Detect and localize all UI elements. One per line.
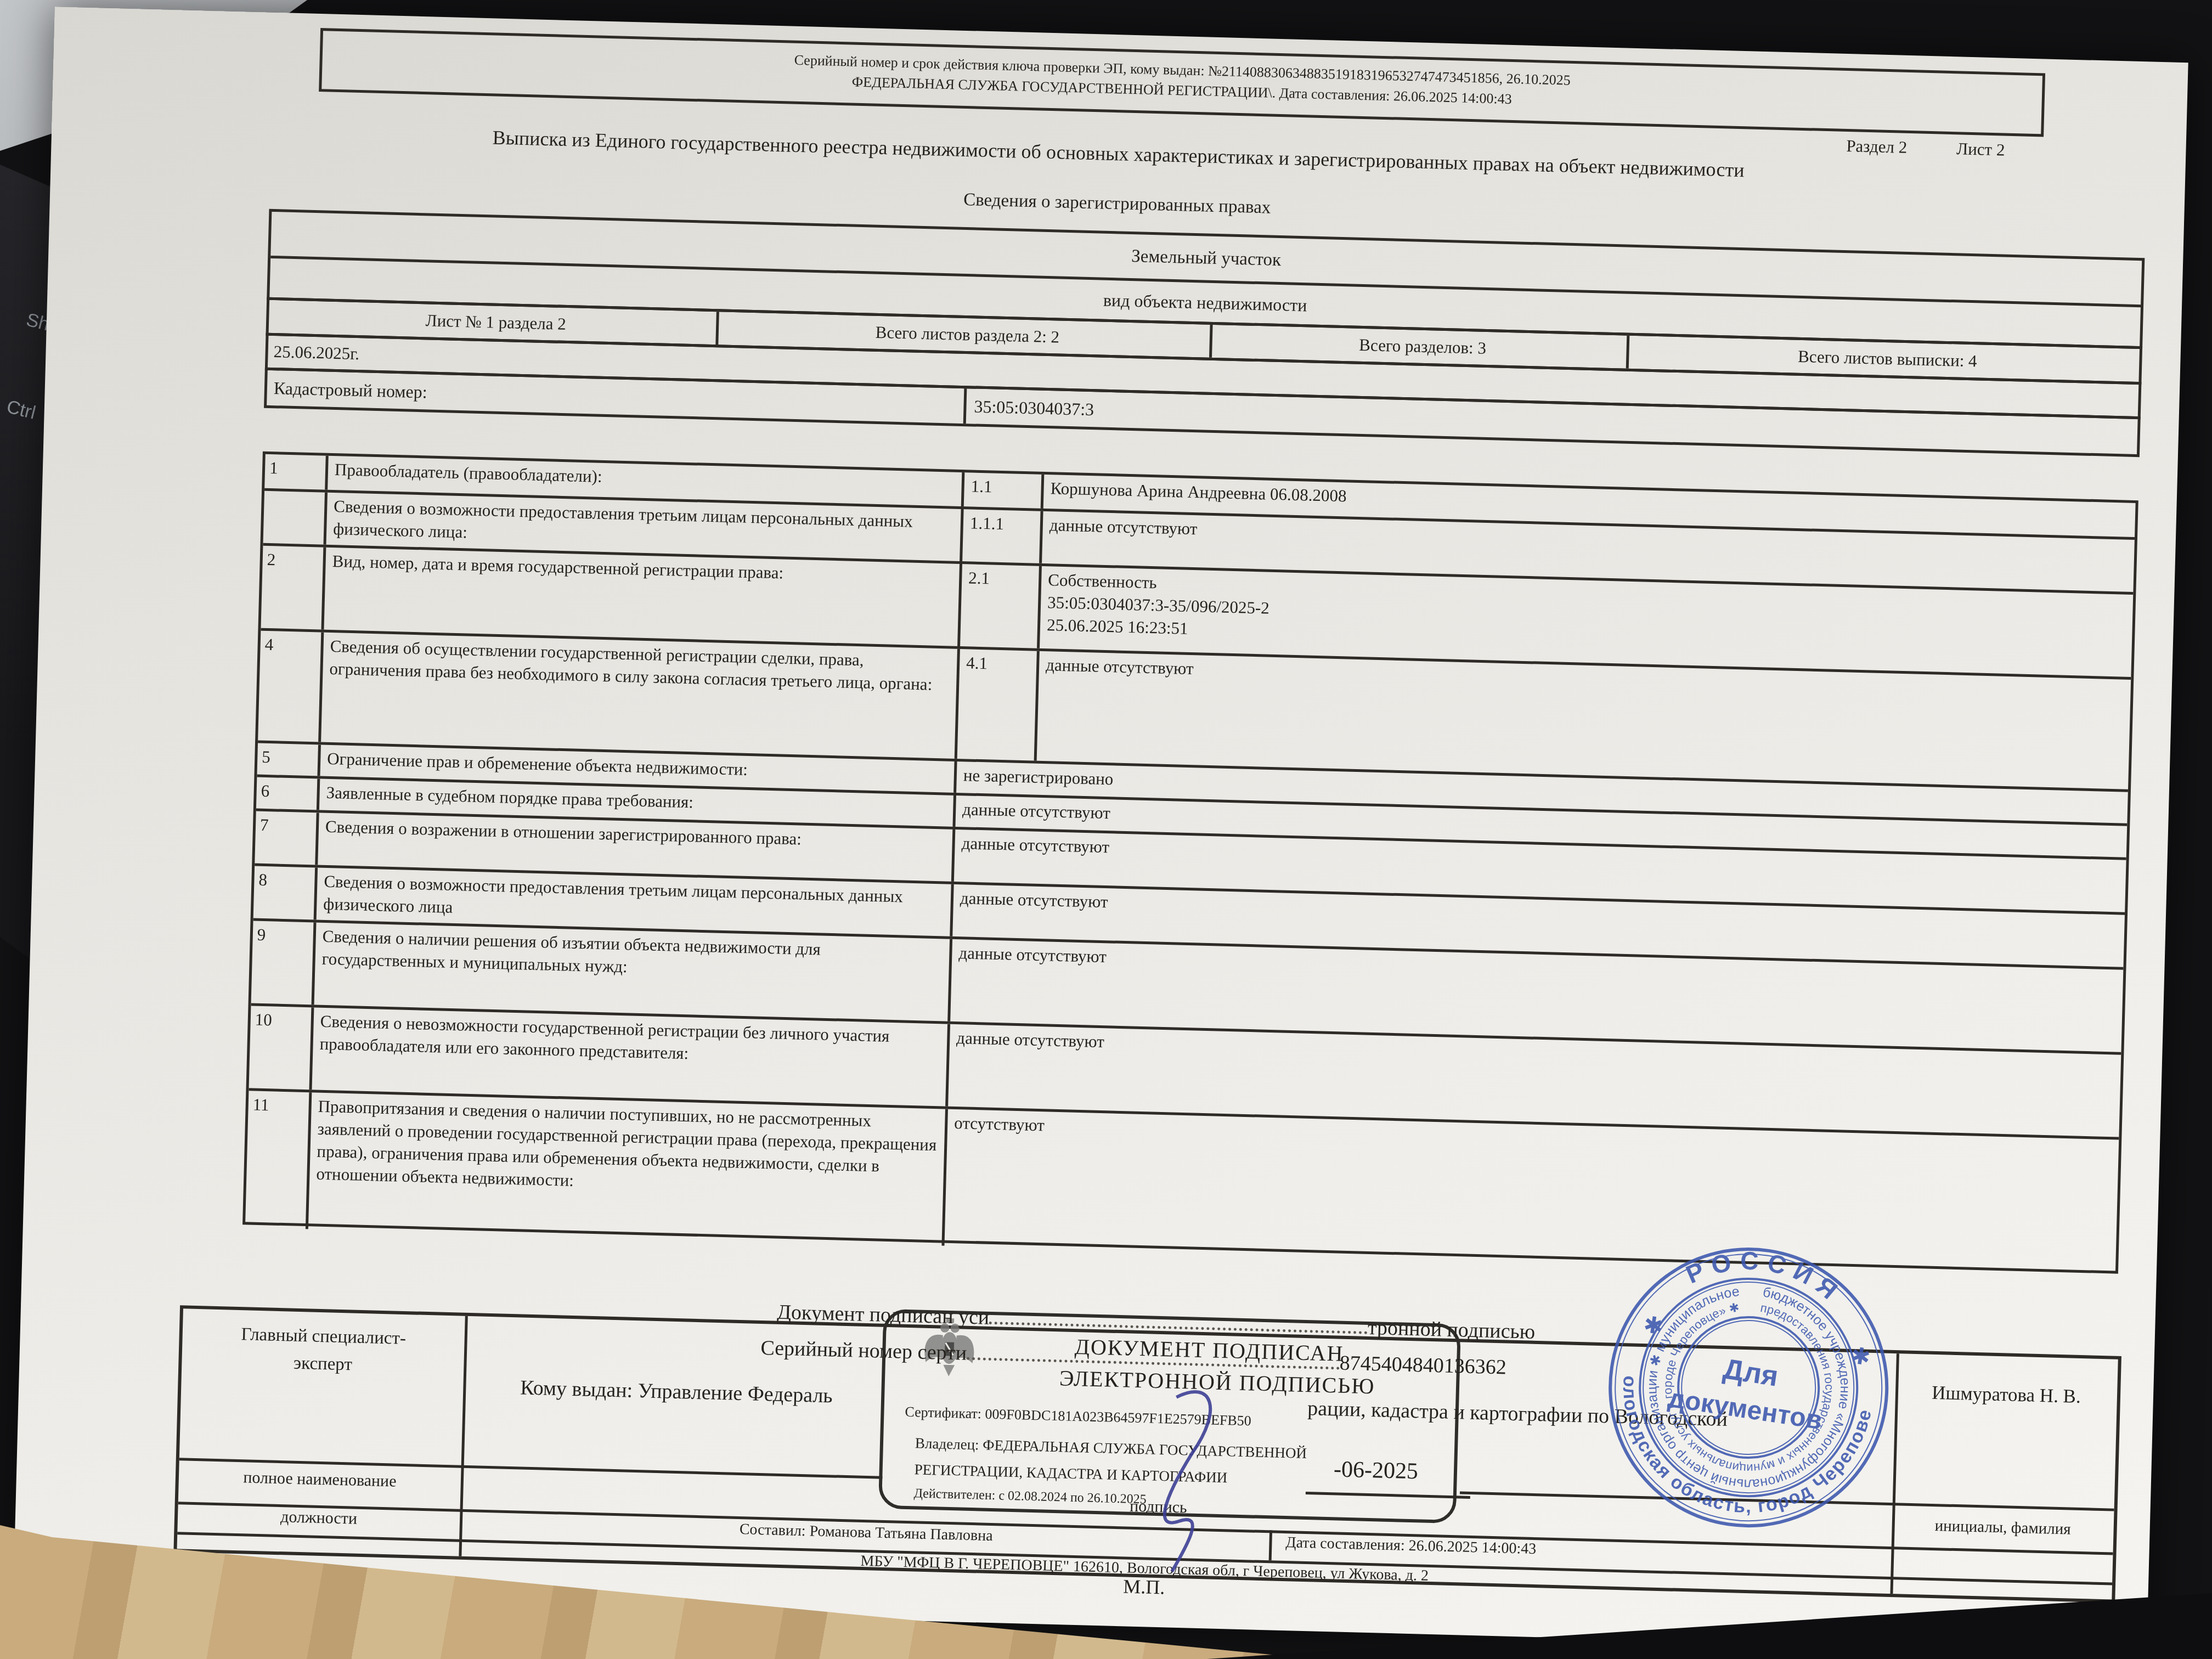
doc-signed-left: Документ подписан уси xyxy=(777,1301,990,1329)
sign-date-fragment: -06-2025 xyxy=(1333,1456,1418,1485)
row-number: 11 xyxy=(245,1091,312,1229)
name-caption: инициалы, фамилия xyxy=(1892,1516,2114,1540)
keyboard-key: Ctrl xyxy=(4,396,38,424)
row-number: 8 xyxy=(253,866,318,919)
round-stamp: РОССИЯ ✱ ✱ Вологодская область, город Че… xyxy=(1537,1176,1961,1600)
rights-table: 1 Правообладатель (правообладатели): 1.1… xyxy=(242,452,2138,1274)
row-number: 2 xyxy=(261,546,326,630)
row-subnumber: 1.1.1 xyxy=(962,509,1043,563)
stamp-center-line1: Для xyxy=(1721,1353,1780,1392)
row-number: 10 xyxy=(249,1006,314,1090)
row-label: Сведения о невозможности государственной… xyxy=(312,1007,951,1106)
esign-header-box: Серийный номер и срок действия ключа про… xyxy=(319,28,2045,137)
row-label: Правопритязания и сведения о наличии пос… xyxy=(308,1092,948,1245)
row-number xyxy=(263,491,328,545)
sheet-ref: Лист 2 xyxy=(1956,139,2005,159)
handwritten-signature xyxy=(1090,1373,1271,1586)
page-ref: Раздел 2Лист 2 xyxy=(1697,132,2005,160)
signer-position-line1: Главный специалист- xyxy=(182,1323,465,1350)
row-number: 1 xyxy=(264,454,329,490)
doc-signed-right: тронной подписью xyxy=(1367,1316,1535,1344)
row-label: Сведения об осуществлении государственно… xyxy=(321,633,960,759)
stamp-star-icon: ✱ xyxy=(1849,1342,1872,1370)
dotted-leader xyxy=(989,1307,1368,1334)
document-page: Серийный номер и срок действия ключа про… xyxy=(13,7,2188,1653)
serial-digits: 8745404840136362 xyxy=(1339,1352,1506,1379)
row-subnumber: 2.1 xyxy=(960,564,1042,648)
row-number: 7 xyxy=(255,811,319,865)
row-number: 9 xyxy=(251,921,317,1005)
photo-scene: C Sh Ctrl Серийный номер и срок действия… xyxy=(0,0,2212,1659)
row-number: 4 xyxy=(258,631,324,742)
row-label: Сведения о наличии решения об изъятии об… xyxy=(314,922,953,1021)
row-number: 6 xyxy=(256,777,320,810)
row-subnumber: 1.1 xyxy=(964,472,1045,509)
row-number: 5 xyxy=(257,743,321,776)
row-label: Вид, номер, дата и время государственной… xyxy=(324,548,962,646)
position-caption-line1: полное наименование xyxy=(179,1466,461,1492)
row-subnumber: 4.1 xyxy=(957,649,1040,761)
section-ref: Раздел 2 xyxy=(1846,136,1908,157)
signer-position-line2: эксперт xyxy=(182,1350,464,1378)
serial-left: Серийный номер серти xyxy=(760,1336,967,1365)
